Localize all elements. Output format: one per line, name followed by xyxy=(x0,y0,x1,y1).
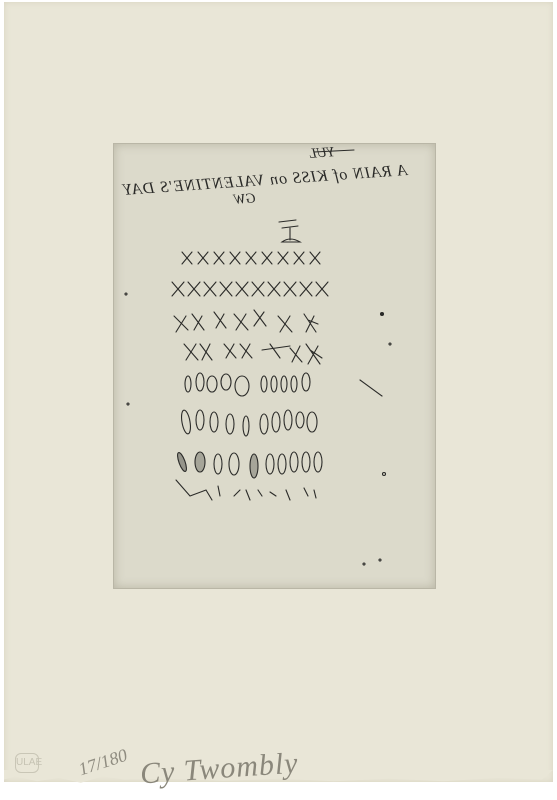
row-loops-3 xyxy=(176,452,322,478)
row-x-4 xyxy=(184,344,322,364)
row-x-3 xyxy=(174,310,318,332)
row-x-1 xyxy=(182,252,320,264)
row-loops-2 xyxy=(180,409,317,436)
stray-mark xyxy=(360,380,382,396)
etched-marks xyxy=(114,144,435,588)
etched-plate: YUL A RAIN of KISS on VALENTINE'S DAY GW xyxy=(113,143,436,589)
blindstamp: ULAE xyxy=(15,753,39,773)
row-loops-1 xyxy=(185,373,310,396)
row-x-2 xyxy=(172,282,328,296)
stray-stroke xyxy=(314,150,354,152)
goblet-drawing xyxy=(279,220,300,242)
row-scribble xyxy=(176,480,316,500)
